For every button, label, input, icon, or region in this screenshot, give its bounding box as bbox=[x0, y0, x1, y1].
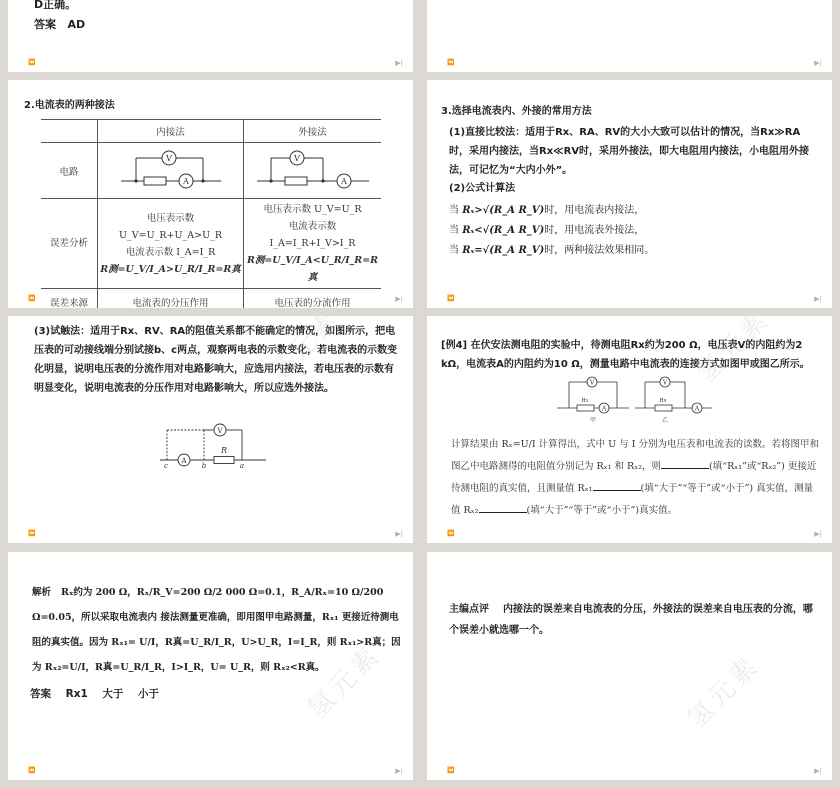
answer-label: 答案 bbox=[30, 688, 51, 700]
analysis-line-4: U_R，则 Rₓ₂<R真。 bbox=[230, 662, 325, 673]
next-end-icon[interactable]: ▶| bbox=[814, 767, 822, 775]
slide-example-4: [例4] 在伏安法测电阻的实验中，待测电阻Rx约为200 Ω，电压表V的内阻约为… bbox=[427, 316, 832, 543]
svg-text:A: A bbox=[180, 457, 187, 465]
svg-text:V: V bbox=[165, 154, 172, 163]
inner-source-cell: 电流表的分压作用 bbox=[98, 289, 244, 309]
back-icon[interactable]: ⏪ bbox=[28, 59, 35, 66]
back-icon[interactable]: ⏪ bbox=[447, 530, 454, 537]
table-header-row: 内接法 外接法 bbox=[41, 120, 381, 143]
slide-analysis: 解析 Rₓ约为 200 Ω，Rₓ/R_V=200 Ω/2 000 Ω=0.1，R… bbox=[8, 552, 413, 780]
svg-text:甲: 甲 bbox=[590, 416, 596, 424]
answer-value-1: Rx1 bbox=[66, 688, 88, 700]
blank-3[interactable] bbox=[479, 512, 527, 513]
next-end-icon[interactable]: ▶| bbox=[814, 295, 822, 303]
svg-text:V: V bbox=[216, 427, 223, 435]
header-inner: 内接法 bbox=[98, 120, 244, 143]
answer-value-2: 大于 bbox=[102, 688, 123, 700]
svg-text:乙: 乙 bbox=[662, 417, 668, 424]
svg-text:V: V bbox=[293, 154, 300, 163]
inner-voltage-reading: 电压表示数 U_V=U_R+U_A>U_R bbox=[100, 210, 241, 244]
svg-text:V: V bbox=[662, 380, 668, 387]
slide-answer-ad: D正确。 答案 AD ⏪ ▶| bbox=[8, 0, 413, 72]
back-icon[interactable]: ⏪ bbox=[447, 767, 454, 774]
formula-line-inner: 当 Rₓ>√(R_A R_V)时，用电流表内接法， bbox=[449, 201, 654, 221]
formula-line-equal: 当 Rₓ=√(R_A R_V)时，两种接法效果相同。 bbox=[449, 241, 654, 261]
svg-text:c: c bbox=[164, 462, 168, 468]
outer-resistance-relation: R测=U_V/I_A<U_R/I_R=R真 bbox=[246, 252, 379, 286]
inner-resistance-relation: R测=U_V/I_A>U_R/I_R=R真 bbox=[100, 261, 241, 278]
slide-selection-methods: 3.选择电流表内、外接的常用方法 (1)直接比较法：适用于Rx、RA、RV的大小… bbox=[427, 80, 832, 308]
outer-circuit-diagram: V A bbox=[244, 143, 381, 199]
outer-current-reading: 电流表示数 I_A=I_R+I_V>I_R bbox=[246, 218, 379, 252]
section-title: 2.电流表的两种接法 bbox=[24, 96, 115, 115]
row-label-source: 误差来源 bbox=[41, 289, 98, 309]
svg-text:R: R bbox=[220, 446, 227, 455]
inner-current-reading: 电流表示数 I_A=I_R bbox=[100, 244, 241, 261]
svg-text:Rx: Rx bbox=[580, 398, 589, 404]
next-end-icon[interactable]: ▶| bbox=[395, 59, 403, 67]
comment-label: 主编点评 bbox=[449, 604, 489, 615]
next-end-icon[interactable]: ▶| bbox=[395, 767, 403, 775]
formula-line-outer: 当 Rₓ<√(R_A R_V)时，用电流表外接法， bbox=[449, 221, 654, 241]
slide-editor-comment: 主编点评 内接法的误差来自电流表的分压，外接法的误差来自电压表的分流，哪个误差小… bbox=[427, 552, 832, 780]
back-icon[interactable]: ⏪ bbox=[28, 295, 35, 302]
next-end-icon[interactable]: ▶| bbox=[395, 295, 403, 303]
outer-error-cell: 电压表示数 U_V=U_R 电流表示数 I_A=I_R+I_V>I_R R测=U… bbox=[244, 199, 381, 289]
comparison-table: 内接法 外接法 电路 V A bbox=[41, 119, 381, 308]
svg-text:A: A bbox=[694, 406, 700, 413]
answer-value-3: 小于 bbox=[138, 688, 159, 700]
example-question: [例4] 在伏安法测电阻的实验中，待测电阻Rx约为200 Ω，电压表V的内阻约为… bbox=[441, 336, 816, 374]
inner-connection-circuit-icon: V A bbox=[111, 146, 231, 192]
trial-contact-circuit-icon: V A R c b a bbox=[158, 420, 268, 468]
answer-line: 答案 Rx1 大于 小于 bbox=[30, 685, 159, 704]
outer-source-cell: 电压表的分流作用 bbox=[244, 289, 381, 309]
outer-connection-circuit-icon: V A bbox=[253, 146, 373, 192]
inner-circuit-diagram: V A bbox=[98, 143, 244, 199]
svg-text:A: A bbox=[340, 177, 347, 186]
analysis-label: 解析 bbox=[32, 587, 51, 598]
svg-text:A: A bbox=[182, 177, 189, 186]
answer-label: 答案 bbox=[34, 18, 56, 31]
circuit-diagrams-jia-yi-icon: V A V A Rx Rx 甲 乙 bbox=[557, 374, 717, 424]
next-end-icon[interactable]: ▶| bbox=[814, 59, 822, 67]
table-row-error-source: 误差来源 电流表的分压作用 电压表的分流作用 bbox=[41, 289, 381, 309]
header-empty bbox=[41, 120, 98, 143]
slide-blank: ⏪ ▶| bbox=[427, 0, 832, 72]
watermark: 氢元素 bbox=[677, 646, 767, 736]
svg-text:Rx: Rx bbox=[658, 398, 667, 404]
direct-comparison-paragraph: (1)直接比较法：适用于Rx、RA、RV的大小大致可以估计的情况，当Rx≫RA时… bbox=[449, 123, 814, 180]
example-body: 计算结果由 Rₓ=U/I 计算得出，式中 U 与 I 分别为电压表和电流表的读数… bbox=[451, 434, 821, 522]
slide-trial-contact-method: (3)试触法：适用于Rx、RV、RA的阻值关系都不能确定的情况，如图所示，把电压… bbox=[8, 316, 413, 543]
comment-text: 内接法的误差来自电流表的分压，外接法的误差来自电压表的分流，哪个误差小就选哪一个… bbox=[449, 604, 813, 636]
back-icon[interactable]: ⏪ bbox=[28, 530, 35, 537]
slide-ammeter-connection-table: 2.电流表的两种接法 内接法 外接法 电路 bbox=[8, 80, 413, 308]
editor-comment: 主编点评 内接法的误差来自电流表的分压，外接法的误差来自电压表的分流，哪个误差小… bbox=[449, 599, 819, 641]
outer-voltage-reading: 电压表示数 U_V=U_R bbox=[246, 201, 379, 218]
next-end-icon[interactable]: ▶| bbox=[814, 530, 822, 538]
formula-list: 当 Rₓ>√(R_A R_V)时，用电流表内接法， 当 Rₓ<√(R_A R_V… bbox=[449, 201, 654, 261]
blank-1[interactable] bbox=[661, 468, 709, 469]
trial-method-paragraph: (3)试触法：适用于Rx、RV、RA的阻值关系都不能确定的情况，如图所示，把电压… bbox=[34, 322, 399, 398]
row-label-error: 误差分析 bbox=[41, 199, 98, 289]
inner-error-cell: 电压表示数 U_V=U_R+U_A>U_R 电流表示数 I_A=I_R R测=U… bbox=[98, 199, 244, 289]
back-icon[interactable]: ⏪ bbox=[28, 767, 35, 774]
blank-2[interactable] bbox=[593, 490, 641, 491]
text-d-correct: D正确。 bbox=[34, 0, 76, 14]
svg-text:A: A bbox=[601, 406, 607, 413]
analysis-block: 解析 Rₓ约为 200 Ω，Rₓ/R_V=200 Ω/2 000 Ω=0.1，R… bbox=[32, 580, 404, 680]
row-label-circuit: 电路 bbox=[41, 143, 98, 199]
svg-text:b: b bbox=[202, 462, 207, 468]
table-row-error-analysis: 误差分析 电压表示数 U_V=U_R+U_A>U_R 电流表示数 I_A=I_R… bbox=[41, 199, 381, 289]
svg-text:V: V bbox=[589, 380, 595, 387]
answer-value: AD bbox=[68, 18, 86, 31]
back-icon[interactable]: ⏪ bbox=[447, 59, 454, 66]
answer-line: 答案 AD bbox=[34, 15, 85, 34]
section-title: 3.选择电流表内、外接的常用方法 bbox=[441, 102, 592, 121]
back-icon[interactable]: ⏪ bbox=[447, 295, 454, 302]
formula-method-title: (2)公式计算法 bbox=[449, 179, 515, 198]
svg-text:a: a bbox=[240, 462, 244, 468]
next-end-icon[interactable]: ▶| bbox=[395, 530, 403, 538]
header-outer: 外接法 bbox=[244, 120, 381, 143]
table-row-circuit: 电路 V A bbox=[41, 143, 381, 199]
